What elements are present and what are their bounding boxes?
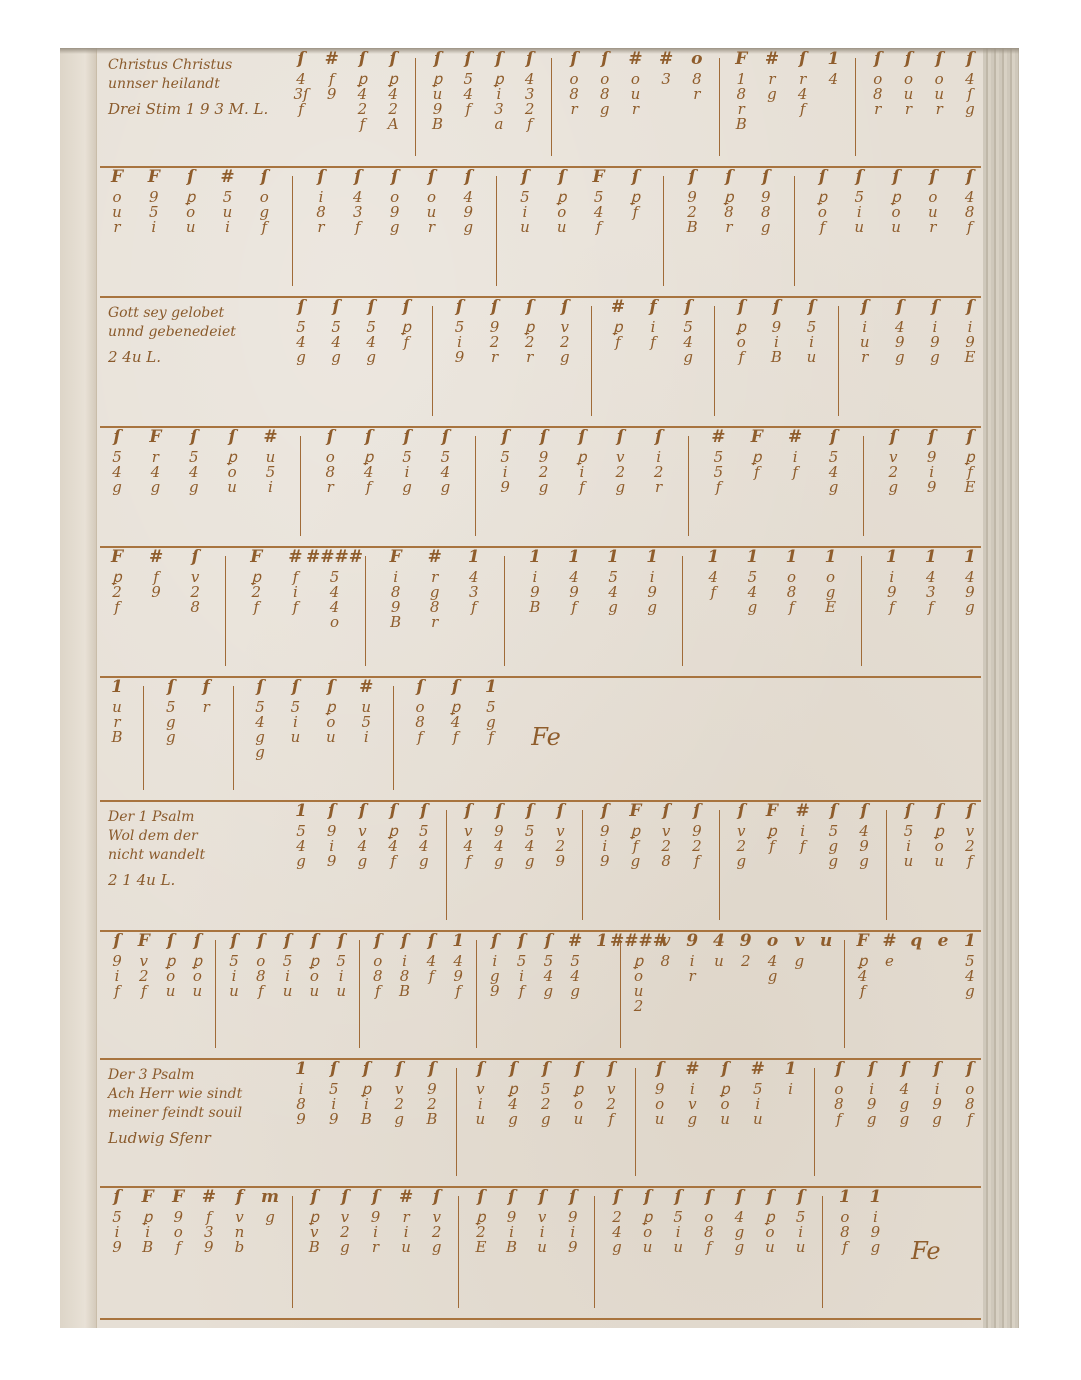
note-letter: f	[262, 220, 268, 235]
tablature-chord: ſꝑou	[160, 934, 182, 999]
note-letter: r	[317, 220, 324, 235]
note-letter: u	[807, 350, 817, 365]
tablature-columns: ſ5i9FꝑiBF9of#f39fvnbmgſꝑvBſv2gſ9ir#riuſv…	[106, 1190, 941, 1312]
tablature-chord: ſ5gg	[160, 680, 182, 745]
note-letter: i	[151, 220, 156, 235]
note-letter: f	[298, 102, 304, 117]
note-letter: f	[800, 102, 806, 117]
note-letter: g	[748, 600, 758, 615]
note-letter: f	[706, 1240, 712, 1255]
rhythm-sign: q	[910, 934, 922, 954]
tablature-chord: ſꝑ42f	[351, 52, 373, 132]
barline	[719, 58, 720, 156]
barline	[838, 306, 839, 416]
rhythm-sign: #	[359, 680, 373, 700]
tablature-chord: ſ54g	[360, 300, 382, 365]
note-letter: f	[694, 854, 700, 869]
note-letter: f	[258, 984, 264, 999]
tablature-chord: F9of	[167, 1190, 189, 1255]
tablature-system: ſ5i9FꝑiBF9of#f39fvnbmgſꝑvBſv2gſ9ir#riuſv…	[100, 1186, 981, 1320]
tablature-system: Christus Christusunnser heilandtDrei Sti…	[100, 48, 981, 168]
rhythm-sign: 9	[740, 934, 752, 954]
rhythm-sign: ſ	[725, 170, 732, 190]
rhythm-sign: ſ	[966, 170, 973, 190]
note-letter: f	[633, 205, 639, 220]
note-letter: 2	[741, 954, 751, 969]
note-letter: B	[111, 730, 122, 745]
note-letter: b	[235, 1240, 245, 1255]
barline	[688, 436, 689, 536]
rhythm-sign: #	[611, 300, 625, 320]
note-letter: u	[326, 730, 336, 745]
note-letter: g	[544, 984, 554, 999]
tablature-chord: #55f	[707, 430, 729, 495]
tablature-chord: ſv2g	[388, 1062, 410, 1127]
rhythm-sign: ſ	[403, 430, 410, 450]
note-letter: g	[829, 854, 839, 869]
heading-line: Ach Herr wie sindt	[108, 1085, 288, 1104]
rhythm-sign: ſ	[363, 1062, 370, 1082]
rhythm-sign: ſ	[328, 804, 335, 824]
note-letter: f	[390, 854, 396, 869]
tablature-chord: 1i9f	[881, 550, 903, 615]
rhythm-sign: m	[261, 1190, 279, 1210]
rhythm-sign: ſ	[632, 170, 639, 190]
tablature-chord: F95i	[143, 170, 165, 235]
rhythm-sign: ſ	[936, 52, 943, 72]
note-letter: g	[390, 220, 400, 235]
rhythm-sign: F	[593, 170, 605, 190]
tablature-chord: Fꝑ2f	[245, 550, 267, 615]
note-letter: f	[967, 854, 973, 869]
note-letter: A	[388, 117, 399, 132]
tablature-chord: ſꝑou	[928, 804, 950, 869]
tablature-system: Der 1 PsalmWol dem dernicht wandelt2 1 4…	[100, 800, 981, 932]
tablature-chord: o8r	[686, 52, 708, 102]
note-letter: r	[327, 480, 334, 495]
rhythm-sign: ſ	[526, 804, 533, 824]
barline	[855, 58, 856, 156]
tablature-chord: 4u	[708, 934, 730, 969]
note-letter: 8	[661, 954, 671, 969]
tablature-chord: ſo8g	[594, 52, 616, 117]
note-letter: u	[283, 984, 293, 999]
tablature-chord: 149f	[563, 550, 585, 615]
note-letter: f	[967, 220, 973, 235]
barline	[225, 556, 226, 666]
tablature-chord: #our	[624, 52, 646, 117]
rhythm-sign: ſ	[113, 1190, 120, 1210]
rhythm-sign: ſ	[113, 934, 120, 954]
note-letter: B	[687, 220, 698, 235]
rhythm-sign: ſ	[190, 430, 197, 450]
tablature-columns: ſ54gſ54gſ54gſꝑfſ5i9ſ92rſꝑ2rſv2g#ꝑffifſ54…	[290, 300, 981, 420]
note-letter: u	[520, 220, 530, 235]
tablature-chord: #ivg	[681, 1062, 703, 1127]
tablature-columns: 1i89ſ5i9ſꝑiBſv2gſ92Bſviuſꝑ4gſ52gſꝑouſv2f…	[290, 1062, 981, 1180]
tablature-chord: ſ5iu	[848, 170, 870, 235]
note-letter: r	[491, 350, 498, 365]
note-letter: u	[765, 1240, 775, 1255]
note-letter: g	[419, 854, 429, 869]
note-letter: g	[296, 350, 306, 365]
rhythm-sign: 1	[295, 804, 307, 824]
tablature-chord: ſi9g	[926, 1062, 948, 1127]
tablature-chord: ſ49g	[889, 300, 911, 365]
heading-line: meiner feindt souil	[108, 1104, 288, 1123]
tablature-chord: ſꝑu9B	[427, 52, 449, 132]
barline	[719, 810, 720, 920]
rhythm-sign: f	[649, 300, 656, 320]
barline	[504, 556, 505, 666]
rhythm-sign: ſ	[501, 430, 508, 450]
note-letter: f	[579, 480, 585, 495]
rhythm-sign: 1	[746, 550, 758, 570]
tablature-chord: ſ9i9	[594, 804, 616, 869]
note-letter: f	[141, 984, 147, 999]
tablature-chord: ſ9if	[106, 934, 128, 999]
barline	[496, 176, 497, 286]
tablature-chord: FꝑiB	[137, 1190, 159, 1255]
rhythm-sign: ſ	[416, 680, 423, 700]
heading-line: Wol dem der	[108, 827, 288, 846]
note-letter: u	[475, 1112, 485, 1127]
tablature-chord: Fꝑf	[746, 430, 768, 480]
rhythm-sign: ſ	[403, 300, 410, 320]
rhythm-sign: 1	[452, 934, 464, 954]
rhythm-sign: ſ	[428, 1062, 435, 1082]
tablature-chord: ſ4f	[420, 934, 442, 984]
tablature-chord: 143f	[463, 550, 485, 615]
rhythm-sign: ſ	[542, 1062, 549, 1082]
rhythm-sign: ſ	[766, 1190, 773, 1210]
rhythm-sign: 1	[707, 550, 719, 570]
note-letter: g	[541, 1112, 551, 1127]
barline	[475, 436, 476, 536]
piece-heading: Der 3 PsalmAch Herr wie sindtmeiner fein…	[108, 1066, 288, 1148]
tablature-chord: ſꝑfE	[959, 430, 981, 495]
rhythm-sign: ſ	[354, 170, 361, 190]
tablature-chord: 92	[735, 934, 757, 969]
rhythm-sign: ſ	[389, 52, 396, 72]
rhythm-sign: ſ	[608, 1062, 615, 1082]
note-letter: g	[829, 480, 839, 495]
note-letter: f	[429, 969, 435, 984]
rhythm-sign: ſ	[327, 430, 334, 450]
rhythm-sign: #	[568, 934, 582, 954]
tablature-chord: ſo8r	[867, 52, 889, 117]
rhythm-sign: 1	[925, 550, 937, 570]
note-letter: B	[142, 1240, 153, 1255]
tablature-chord: ſogf	[253, 170, 275, 235]
tablature-chord: u	[815, 934, 837, 954]
barline	[233, 686, 234, 790]
tablature-chord: ſ54g	[413, 804, 435, 869]
tablature-chord: ſ92B	[421, 1062, 443, 1127]
tablature-chord: ſ5iu	[223, 934, 245, 999]
note-letter: r	[936, 102, 943, 117]
barline	[456, 1068, 457, 1176]
tablature-chord: ſ92B	[681, 170, 703, 235]
rhythm-sign: ſ	[391, 170, 398, 190]
rhythm-sign: ſ	[297, 52, 304, 72]
rhythm-sign: ſ	[257, 934, 264, 954]
rhythm-sign: #	[788, 430, 802, 450]
heading-line: Gott sey gelobet	[108, 304, 288, 323]
rhythm-sign: ſ	[167, 934, 174, 954]
note-letter: r	[113, 220, 120, 235]
note-letter: g	[867, 1112, 877, 1127]
note-letter: f	[792, 465, 798, 480]
tablature-chord: 1urB	[106, 680, 128, 745]
rhythm-sign: ſ	[738, 300, 745, 320]
tablature-chord: 154g	[290, 804, 312, 869]
note-letter: u	[854, 220, 864, 235]
rhythm-sign: ſ	[327, 680, 334, 700]
tablature-chord: ſ49g	[853, 804, 875, 869]
tablature-columns: FourF95iſꝑou#5uiſogfſi8rſ43fſo9gſourſ49g…	[106, 170, 981, 290]
rhythm-sign: ſ	[613, 1190, 620, 1210]
note-letter: 9	[927, 480, 937, 495]
rhythm-sign: ſ	[890, 430, 897, 450]
rhythm-sign: ſ	[428, 170, 435, 190]
note-letter: u	[673, 1240, 683, 1255]
rhythm-sign: ſ	[311, 1190, 318, 1210]
tablature-chord: #rg	[761, 52, 783, 102]
rhythm-sign: 1	[568, 550, 580, 570]
tablature-chord: ſ92f	[686, 804, 708, 869]
rhythm-sign: #	[202, 1190, 216, 1210]
barline	[814, 1068, 815, 1176]
tablature-chord: #if	[792, 804, 814, 854]
note-letter: f	[650, 335, 656, 350]
rhythm-sign: ſ	[569, 1190, 576, 1210]
note-letter: g	[189, 480, 199, 495]
note-letter: B	[736, 117, 747, 132]
rhythm-sign: ſ	[557, 804, 564, 824]
tablature-chord: #3	[655, 52, 677, 87]
tablature-chord: ſv28	[655, 804, 677, 869]
tablature-chord: #riu	[395, 1190, 417, 1255]
rhythm-sign: F	[629, 804, 641, 824]
tablature-chord: ſviu	[531, 1190, 553, 1255]
note-letter: 9	[500, 480, 510, 495]
note-letter: f	[465, 102, 471, 117]
note-letter: f	[417, 730, 423, 745]
rhythm-sign: #	[220, 170, 234, 190]
tablature-chord: #e	[879, 934, 901, 969]
rhythm-sign: ſ	[372, 1190, 379, 1210]
tablature-chord: 149f	[447, 934, 469, 999]
barline	[300, 436, 301, 536]
tablature-chord: ſꝑof	[811, 170, 833, 235]
rhythm-sign: ſ	[819, 170, 826, 190]
tablature-chord: ſ98g	[755, 170, 777, 235]
rhythm-sign: ſ	[292, 680, 299, 700]
rhythm-sign: ſ	[688, 170, 695, 190]
tablature-chord: ſ9ir	[364, 1190, 386, 1255]
rhythm-sign: ſ	[434, 52, 441, 72]
rhythm-sign: ſ	[495, 52, 502, 72]
barline	[822, 1196, 823, 1308]
tablature-columns: 154gſ9i9ſv4gſꝑ4fſ54gſv4fſ94gſ54gſv29ſ9i9…	[290, 804, 981, 924]
rhythm-sign: ſ	[868, 1062, 875, 1082]
rhythm-sign: ſ	[194, 934, 201, 954]
barline	[446, 810, 447, 920]
note-letter: 9	[556, 854, 566, 869]
note-letter: r	[570, 102, 577, 117]
rhythm-sign: 1	[607, 550, 619, 570]
tablature-chord: ſ43f	[347, 170, 369, 235]
rhythm-sign: ſ	[966, 1062, 973, 1082]
note-letter: g	[895, 350, 905, 365]
tablature-chord: ſꝑou	[221, 430, 243, 495]
note-letter: f	[716, 480, 722, 495]
tablature-chord: ſꝑ4f	[382, 804, 404, 869]
rhythm-sign: ſ	[773, 300, 780, 320]
tablature-chord: Fr4g	[144, 430, 166, 495]
tablature-chord: ſꝑi3a	[488, 52, 510, 132]
note-letter: 9	[204, 1240, 214, 1255]
note-letter: u	[336, 984, 346, 999]
tablature-chord: e	[932, 934, 954, 954]
tablature-chord: ſꝑou	[714, 1062, 736, 1127]
note-letter: g	[525, 854, 535, 869]
facing-page-gutter	[60, 48, 97, 1328]
tablature-system: 1urBſ5ggfrſ54ggſ5iuſꝑou#u5iſo8fſꝑ4f15gfF…	[100, 676, 981, 802]
tablature-chord: ſo8r	[563, 52, 585, 117]
tablature-chord: ſ5ig	[396, 430, 418, 495]
note-letter: f	[967, 1112, 973, 1127]
tablature-chord: ſo8f	[367, 934, 389, 999]
heading-line: unnser heilandt	[108, 75, 288, 94]
barline	[292, 1196, 293, 1308]
note-letter: r	[929, 220, 936, 235]
rhythm-sign: ſ	[395, 1062, 402, 1082]
note-letter: u	[291, 730, 301, 745]
rhythm-sign: #	[399, 1190, 413, 1210]
tablature-chord: 154g	[959, 934, 981, 999]
rhythm-sign: ſ	[420, 804, 427, 824]
tablature-chord: ſ54f	[457, 52, 479, 117]
tablature-chord: ſ9i9	[321, 804, 343, 869]
note-letter: B	[432, 117, 443, 132]
heading-line: Der 1 Psalm	[108, 808, 288, 827]
rhythm-sign: ſ	[359, 804, 366, 824]
rhythm-sign: 1	[596, 934, 608, 954]
note-letter: 8	[661, 854, 671, 869]
heading-line: 2 4u L.	[108, 348, 288, 367]
note-letter: u	[934, 854, 944, 869]
note-letter: B	[771, 350, 782, 365]
rhythm-sign: ſ	[456, 300, 463, 320]
note-letter: f	[789, 600, 795, 615]
tablature-chord: Fꝑ2f	[106, 550, 128, 615]
rhythm-sign: F	[857, 934, 869, 954]
rhythm-sign: 4	[713, 934, 725, 954]
rhythm-sign: ſ	[338, 934, 345, 954]
rhythm-sign: v	[660, 934, 670, 954]
tablature-chord: ſv4g	[351, 804, 373, 869]
note-letter: u	[166, 984, 176, 999]
tablature-chord: #5ui	[216, 170, 238, 235]
note-letter: g	[432, 1240, 442, 1255]
note-letter: 9	[600, 854, 610, 869]
rhythm-sign: #	[149, 550, 163, 570]
tablature-chord: Fꝑfg	[624, 804, 646, 869]
rhythm-sign: 1	[295, 1062, 307, 1082]
barline	[393, 686, 394, 790]
tablature-chord: o4g	[762, 934, 784, 984]
rhythm-sign: ####	[306, 550, 363, 570]
rhythm-sign: ſ	[191, 550, 198, 570]
tablature-chord: ſ432f	[519, 52, 541, 132]
note-letter: 9	[329, 1112, 339, 1127]
tablature-chord: ſ54g	[823, 430, 845, 495]
note-letter: g	[265, 1210, 275, 1225]
rhythm-sign: ſ	[187, 170, 194, 190]
rhythm-sign: 1	[786, 550, 798, 570]
tablature-chord: ſ5iu	[790, 1190, 812, 1255]
tablature-chord: ſꝑou	[567, 1062, 589, 1127]
tablature-chord: ſ5i9	[106, 1190, 128, 1255]
rhythm-sign: ſ	[578, 430, 585, 450]
tablature-chord: ſviu	[469, 1062, 491, 1127]
note-letter: r	[725, 220, 732, 235]
tablature-chord: 1i9B	[524, 550, 546, 615]
tablature-chord: ſour	[420, 170, 442, 235]
rhythm-sign: ſ	[521, 170, 528, 190]
tablature-chord: ſ92r	[484, 300, 506, 365]
rhythm-sign: ſ	[526, 300, 533, 320]
rhythm-sign: ſ	[901, 1062, 908, 1082]
rhythm-sign: e	[938, 934, 949, 954]
barline	[635, 1068, 636, 1176]
tablature-chord: ſo9g	[384, 170, 406, 235]
rhythm-sign: ſ	[662, 804, 669, 824]
rhythm-sign: ſ	[835, 1062, 842, 1082]
rhythm-sign: ſ	[558, 170, 565, 190]
note-letter: u	[904, 854, 914, 869]
tablature-chord: #ꝑf	[607, 300, 629, 350]
note-letter: u	[891, 220, 901, 235]
note-letter: u	[227, 480, 237, 495]
note-letter: g	[296, 854, 306, 869]
tablature-chord: ſ4gg	[893, 1062, 915, 1127]
note-letter: g	[441, 480, 451, 495]
barline	[861, 556, 862, 666]
tablature-chord: ſ5gg	[822, 804, 844, 869]
rhythm-sign: ſ	[465, 52, 472, 72]
tablature-chord: ſ5iu	[801, 300, 823, 365]
rhythm-sign: 1	[964, 550, 976, 570]
rhythm-sign: ſ	[561, 300, 568, 320]
barline	[415, 58, 416, 156]
rhythm-sign: ſ	[966, 300, 973, 320]
tablature-chord: ſour	[897, 52, 919, 117]
rhythm-sign: ſ	[933, 1062, 940, 1082]
rhythm-sign: ſ	[428, 934, 435, 954]
tablature-chord: ſ5i9	[448, 300, 470, 365]
rhythm-sign: ſ	[721, 1062, 728, 1082]
tablature-chord: ſꝑif	[571, 430, 593, 495]
rhythm-sign: F	[142, 1190, 154, 1210]
finis-mark: Fe	[911, 1237, 941, 1265]
note-letter: E	[825, 600, 836, 615]
note-letter: f	[769, 839, 775, 854]
rhythm-sign: ſ	[526, 52, 533, 72]
tablature-chord: #54g	[564, 934, 586, 999]
